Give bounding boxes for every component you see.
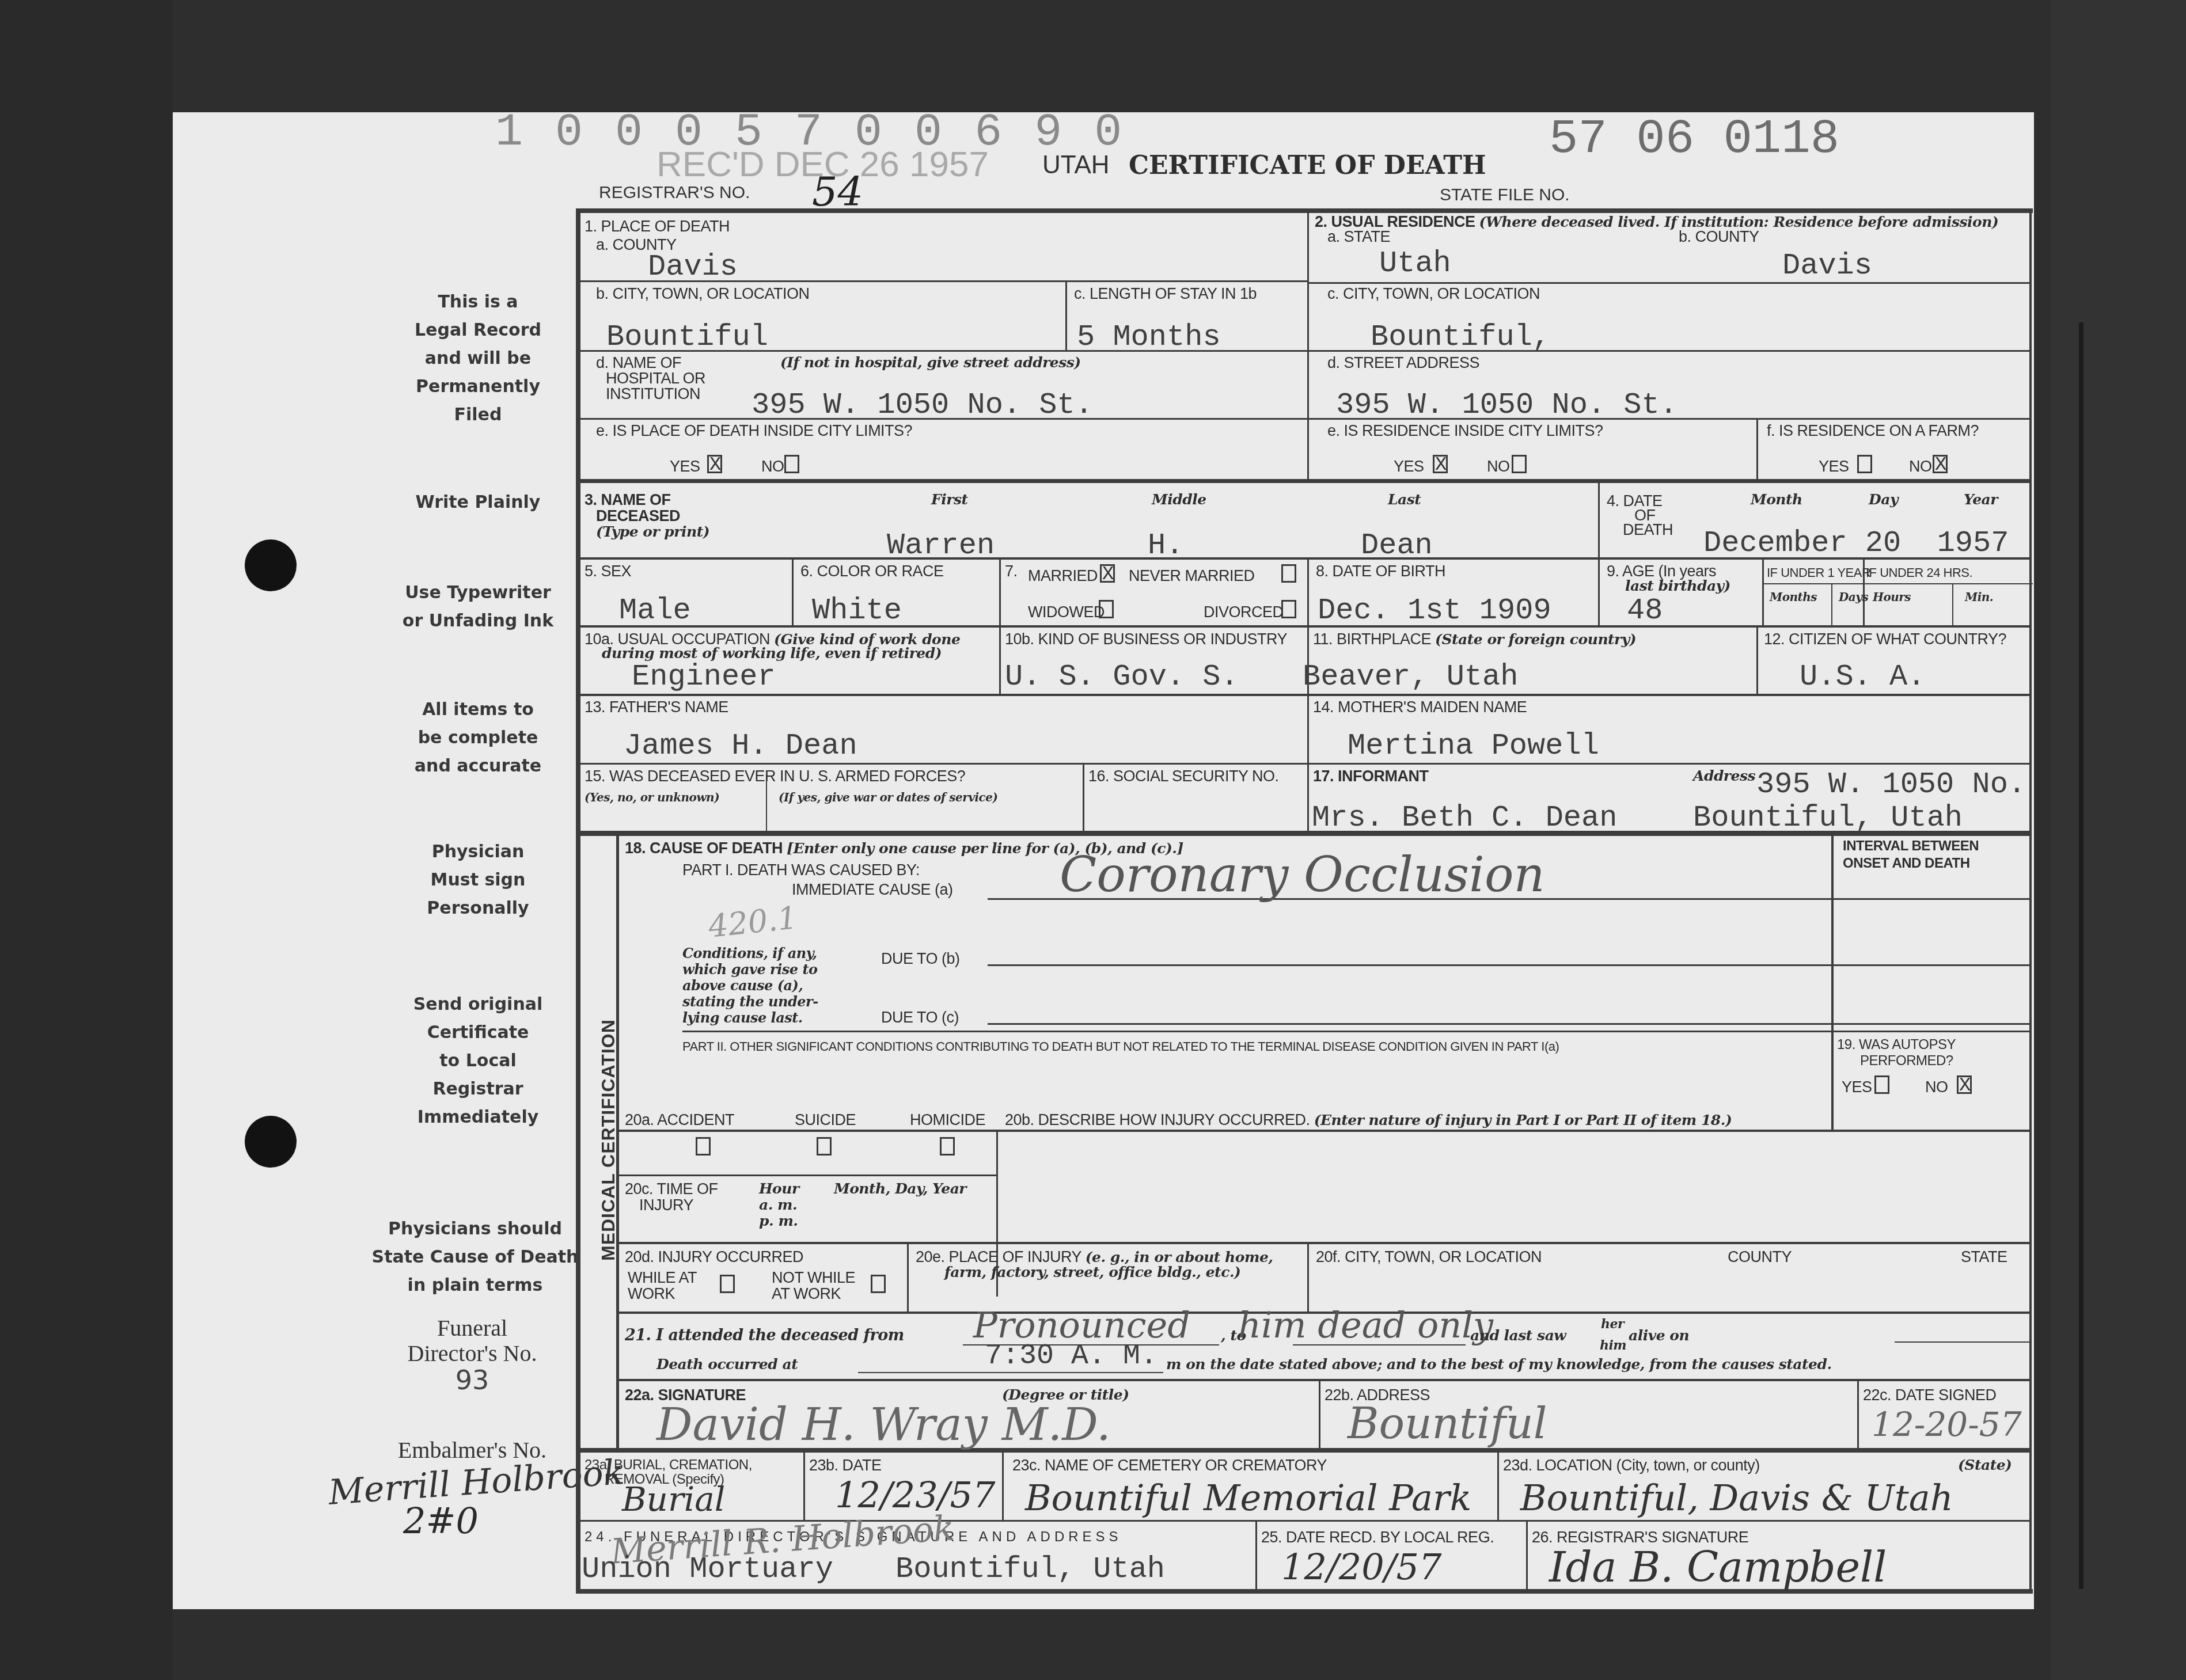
injury-occurred-label: 20d. INJURY OCCURRED bbox=[625, 1248, 803, 1265]
note-state-cause: Physicians should State Cause of Death i… bbox=[354, 1215, 596, 1299]
immediate-cause: Coronary Occlusion bbox=[1060, 846, 1545, 903]
date-of-death: December 20 1957 bbox=[1703, 529, 2009, 558]
her-option[interactable]: her bbox=[1601, 1316, 1624, 1333]
place-of-death-header: 1. PLACE OF DEATH bbox=[585, 218, 730, 235]
funeral-home-city: Bountiful, Utah bbox=[895, 1554, 1165, 1584]
no-label: NO bbox=[1487, 458, 1510, 475]
funeral-directors-no-label: Funeral Director's No. bbox=[357, 1316, 587, 1366]
name-label-3: (Type or print) bbox=[596, 523, 709, 541]
date-signed-label: 22c. DATE SIGNED bbox=[1863, 1386, 1997, 1404]
birthplace: Beaver, Utah bbox=[1303, 662, 1518, 692]
race: White bbox=[812, 596, 902, 626]
location-state-label: (State) bbox=[1958, 1457, 2012, 1474]
punch-hole-bottom bbox=[245, 1116, 297, 1168]
mother-label: 14. MOTHER'S MAIDEN NAME bbox=[1313, 698, 1527, 716]
age: 48 bbox=[1627, 596, 1663, 626]
months-label: Months bbox=[1770, 588, 1817, 606]
never-married-checkbox[interactable] bbox=[1281, 564, 1296, 583]
father-name: James H. Dean bbox=[624, 731, 857, 761]
injury-state-label: STATE bbox=[1961, 1248, 2007, 1265]
death-county: Davis bbox=[648, 252, 738, 282]
informant-address-line-1: 395 W. 1050 No. bbox=[1756, 770, 2026, 800]
residence-county: Davis bbox=[1782, 251, 1872, 281]
registrars-no-label: REGISTRAR'S NO. bbox=[599, 183, 750, 203]
business: U. S. Gov. S. bbox=[1005, 662, 1239, 692]
attended-to: him dead only bbox=[1238, 1304, 1493, 1346]
widowed-checkbox[interactable] bbox=[1099, 600, 1114, 618]
state-file-number: 57 06 0118 bbox=[1549, 112, 1839, 167]
am-label: a. m. bbox=[759, 1196, 797, 1214]
hospital-label-2: HOSPITAL OR bbox=[606, 370, 705, 387]
while-at-work-checkbox[interactable] bbox=[720, 1275, 735, 1293]
scan-background-right bbox=[2050, 0, 2186, 1680]
immediate-cause-label: IMMEDIATE CAUSE (a) bbox=[792, 881, 953, 898]
scan-background-left bbox=[0, 0, 173, 1680]
date-signed: 12-20-57 bbox=[1872, 1405, 2022, 1444]
suicide-checkbox[interactable] bbox=[817, 1137, 832, 1156]
inside-city-label: e. IS PLACE OF DEATH INSIDE CITY LIMITS? bbox=[596, 422, 912, 439]
death-occurred-label: Death occurred at bbox=[656, 1356, 798, 1373]
autopsy-yes-label: YES bbox=[1842, 1078, 1872, 1096]
residence-inside-city-yes-checkbox[interactable] bbox=[1433, 455, 1448, 473]
burial-date-label: 23b. DATE bbox=[809, 1457, 882, 1474]
divorced-checkbox[interactable] bbox=[1281, 600, 1296, 618]
autopsy-label: 19. WAS AUTOPSY bbox=[1837, 1036, 1956, 1054]
note-typewriter: Use Typewriter or Unfading Ink bbox=[363, 579, 593, 635]
death-time: 7:30 A. M. bbox=[985, 1341, 1157, 1371]
due-to-c-label: DUE TO (c) bbox=[881, 1009, 959, 1026]
under-24-hrs-label: IF UNDER 24 HRS. bbox=[1866, 564, 1972, 581]
business-label: 10b. KIND OF BUSINESS OR INDUSTRY bbox=[1005, 630, 1287, 648]
time-of-injury-label: 20c. TIME OF bbox=[625, 1180, 718, 1198]
sex: Male bbox=[619, 596, 691, 626]
hour-label: Hour bbox=[759, 1180, 799, 1198]
physician-signature: David H. Wray M.D. bbox=[656, 1399, 1111, 1451]
pm-label: p. m. bbox=[759, 1213, 798, 1230]
birthplace-label: 11. BIRTHPLACE (State or foreign country… bbox=[1313, 630, 1636, 648]
sex-label: 5. SEX bbox=[585, 562, 631, 580]
yes-label: YES bbox=[1819, 458, 1849, 475]
death-hospital: 395 W. 1050 No. St. bbox=[752, 390, 1093, 420]
burial-date: 12/23/57 bbox=[835, 1474, 995, 1516]
dob-label: 8. DATE OF BIRTH bbox=[1316, 562, 1445, 580]
occupation: Engineer bbox=[632, 662, 776, 692]
name-label: 3. NAME OF bbox=[585, 491, 671, 508]
scan-fold-shadow bbox=[2079, 322, 2083, 1589]
no-label: NO bbox=[1909, 458, 1932, 475]
informant-address-line-2: Bountiful, Utah bbox=[1693, 803, 1963, 833]
armed-forces-hint-a: (Yes, no, or unknown) bbox=[585, 789, 719, 806]
no-label: NO bbox=[761, 458, 784, 475]
homicide-checkbox[interactable] bbox=[940, 1137, 955, 1156]
autopsy-no-checkbox[interactable] bbox=[1957, 1075, 1972, 1094]
embalmers-no: 2#0 bbox=[403, 1500, 479, 1542]
state-file-no-label: STATE FILE NO. bbox=[1440, 185, 1570, 205]
never-married-label: NEVER MARRIED bbox=[1129, 567, 1255, 584]
citizenship: U.S. A. bbox=[1800, 662, 1925, 692]
first-name: Warren bbox=[887, 531, 995, 561]
days-label: Days bbox=[1839, 588, 1868, 606]
accident-label: 20a. ACCIDENT bbox=[625, 1111, 734, 1128]
ssn-label: 16. SOCIAL SECURITY NO. bbox=[1088, 767, 1279, 785]
title-prefix: UTAH bbox=[1042, 151, 1110, 180]
residence-city-label: c. CITY, TOWN, OR LOCATION bbox=[1327, 285, 1540, 302]
note-send-original: Send original Certificate to Local Regis… bbox=[383, 990, 573, 1131]
place-of-injury-hint: farm, factory, street, office bldg., etc… bbox=[944, 1264, 1240, 1281]
him-option[interactable]: him bbox=[1600, 1337, 1626, 1354]
medical-certification-label: MEDICAL CERTIFICATION bbox=[598, 1019, 619, 1261]
injury-city-label: 20f. CITY, TOWN, OR LOCATION bbox=[1316, 1248, 1542, 1265]
hospital-label: d. NAME OF bbox=[596, 354, 681, 371]
conditions-hint: Conditions, if any, which gave rise to a… bbox=[682, 945, 818, 1026]
accident-checkbox[interactable] bbox=[696, 1137, 711, 1156]
last-name: Dean bbox=[1361, 531, 1433, 561]
informant-name: Mrs. Beth C. Dean bbox=[1312, 803, 1618, 833]
note-legal-record: This is a Legal Record and will be Perma… bbox=[383, 288, 573, 429]
widowed-label: WIDOWED bbox=[1028, 603, 1105, 621]
armed-forces-hint-b: (If yes, give war or dates of service) bbox=[779, 789, 997, 806]
funeral-home: Union Mortuary bbox=[582, 1554, 833, 1584]
last-label: Last bbox=[1388, 491, 1421, 508]
note-write-plainly: Write Plainly bbox=[383, 488, 573, 516]
note-physician-sign: Physician Must sign Personally bbox=[383, 838, 573, 922]
autopsy-label-2: PERFORMED? bbox=[1860, 1052, 1953, 1070]
month-label: Month bbox=[1751, 491, 1802, 508]
death-city: Bountiful bbox=[606, 322, 768, 352]
page-title: CERTIFICATE OF DEATH bbox=[1129, 151, 1486, 180]
residence-inside-city-no-checkbox[interactable] bbox=[1512, 455, 1527, 473]
residence-city: Bountiful, bbox=[1371, 322, 1550, 352]
date-of-birth: Dec. 1st 1909 bbox=[1318, 596, 1551, 626]
name-label-2: DECEASED bbox=[596, 507, 680, 524]
not-while-at-work-label: NOT WHILE AT WORK bbox=[772, 1269, 855, 1302]
date-recd: 12/20/57 bbox=[1281, 1546, 1441, 1588]
death-inside-city-no-checkbox[interactable] bbox=[784, 455, 799, 473]
location-label: 23d. LOCATION (City, town, or county) bbox=[1503, 1457, 1760, 1474]
yes-label: YES bbox=[670, 458, 700, 475]
on-farm-no-checkbox[interactable] bbox=[1933, 455, 1948, 473]
length-of-stay: 5 Months bbox=[1077, 322, 1221, 352]
middle-name: H. bbox=[1148, 531, 1183, 561]
cemetery: Bountiful Memorial Park bbox=[1025, 1477, 1471, 1519]
hours-label: Hours bbox=[1873, 588, 1911, 606]
under-1-year-label: IF UNDER 1 YEAR bbox=[1767, 564, 1870, 581]
part2-label: PART II. OTHER SIGNIFICANT CONDITIONS CO… bbox=[682, 1038, 1559, 1055]
day-label: Day bbox=[1869, 491, 1898, 508]
funeral-directors-no: 93 bbox=[357, 1364, 587, 1396]
residence-county-label: b. COUNTY bbox=[1679, 228, 1759, 245]
usual-residence-header: 2. USUAL RESIDENCE (Where deceased lived… bbox=[1315, 213, 1998, 231]
citizen-label: 12. CITIZEN OF WHAT COUNTRY? bbox=[1764, 630, 2006, 648]
injury-county-label: COUNTY bbox=[1728, 1248, 1792, 1265]
year-label: Year bbox=[1964, 491, 1998, 508]
while-at-work-label: WHILE AT WORK bbox=[628, 1269, 697, 1302]
homicide-label: HOMICIDE bbox=[910, 1111, 985, 1128]
residence-state: Utah bbox=[1379, 249, 1451, 279]
race-label: 6. COLOR OR RACE bbox=[800, 562, 944, 580]
autopsy-no-label: NO bbox=[1925, 1078, 1948, 1096]
street-address-label: d. STREET ADDRESS bbox=[1327, 354, 1479, 371]
married-label: MARRIED bbox=[1028, 567, 1098, 584]
part1-label: PART I. DEATH WAS CAUSED BY: bbox=[682, 861, 920, 879]
time-of-injury-label-2: INJURY bbox=[639, 1196, 693, 1214]
burial-type: Burial bbox=[622, 1480, 725, 1519]
describe-injury-label: 20b. DESCRIBE HOW INJURY OCCURRED. (Ente… bbox=[1005, 1111, 1732, 1129]
hospital-label-3: INSTITUTION bbox=[606, 385, 700, 402]
registrar-signature: Ida B. Campbell bbox=[1549, 1543, 1887, 1591]
due-to-b-label: DUE TO (b) bbox=[881, 950, 960, 967]
divorced-label: DIVORCED bbox=[1204, 603, 1284, 621]
state-label: a. STATE bbox=[1327, 228, 1390, 245]
married-checkbox[interactable] bbox=[1100, 564, 1115, 583]
on-farm-label: f. IS RESIDENCE ON A FARM? bbox=[1767, 422, 1979, 439]
informant-label: 17. INFORMANT bbox=[1313, 767, 1429, 785]
physician-address: Bountiful bbox=[1348, 1399, 1547, 1449]
suicide-label: SUICIDE bbox=[795, 1111, 856, 1128]
autopsy-yes-checkbox[interactable] bbox=[1874, 1075, 1889, 1094]
last-saw-label: and last saw bbox=[1470, 1327, 1566, 1344]
cemetery-label: 23c. NAME OF CEMETERY OR CREMATORY bbox=[1012, 1457, 1327, 1474]
informant-address-label: Address bbox=[1693, 767, 1755, 785]
not-while-at-work-checkbox[interactable] bbox=[871, 1275, 886, 1293]
residence-inside-city-label: e. IS RESIDENCE INSIDE CITY LIMITS? bbox=[1327, 422, 1603, 439]
first-label: First bbox=[931, 491, 968, 508]
on-farm-yes-checkbox[interactable] bbox=[1857, 455, 1872, 473]
father-label: 13. FATHER'S NAME bbox=[585, 698, 728, 716]
mdy-label: Month, Day, Year bbox=[834, 1180, 966, 1198]
marital-label: 7. bbox=[1005, 562, 1018, 580]
death-inside-city-yes-checkbox[interactable] bbox=[707, 455, 722, 473]
armed-forces-label: 15. WAS DECEASED EVER IN U. S. ARMED FOR… bbox=[585, 767, 965, 785]
length-of-stay-label: c. LENGTH OF STAY IN 1b bbox=[1074, 285, 1257, 302]
date-recd-label: 25. DATE RECD. BY LOCAL REG. bbox=[1261, 1529, 1494, 1546]
note-complete-accurate: All items to be complete and accurate bbox=[383, 695, 573, 780]
residence-street: 395 W. 1050 No. St. bbox=[1336, 390, 1678, 420]
middle-label: Middle bbox=[1152, 491, 1206, 508]
date-of-death-label-3: DEATH bbox=[1623, 521, 1673, 538]
death-occurred-suffix: m on the date stated above; and to the b… bbox=[1166, 1356, 1832, 1373]
punch-hole-top bbox=[245, 539, 297, 591]
alive-on-label: alive on bbox=[1629, 1327, 1689, 1344]
mother-name: Mertina Powell bbox=[1348, 731, 1599, 761]
age-label-2: last birthday) bbox=[1625, 577, 1730, 595]
hospital-hint: (If not in hospital, give street address… bbox=[780, 354, 1081, 371]
burial-location: Bountiful, Davis & Utah bbox=[1520, 1477, 1953, 1519]
interval-label: INTERVAL BETWEEN ONSET AND DEATH bbox=[1843, 838, 1979, 872]
city-label: b. CITY, TOWN, OR LOCATION bbox=[596, 285, 810, 302]
min-label: Min. bbox=[1965, 588, 1993, 606]
yes-label: YES bbox=[1394, 458, 1424, 475]
attended-label: 21. I attended the deceased from bbox=[625, 1327, 904, 1344]
